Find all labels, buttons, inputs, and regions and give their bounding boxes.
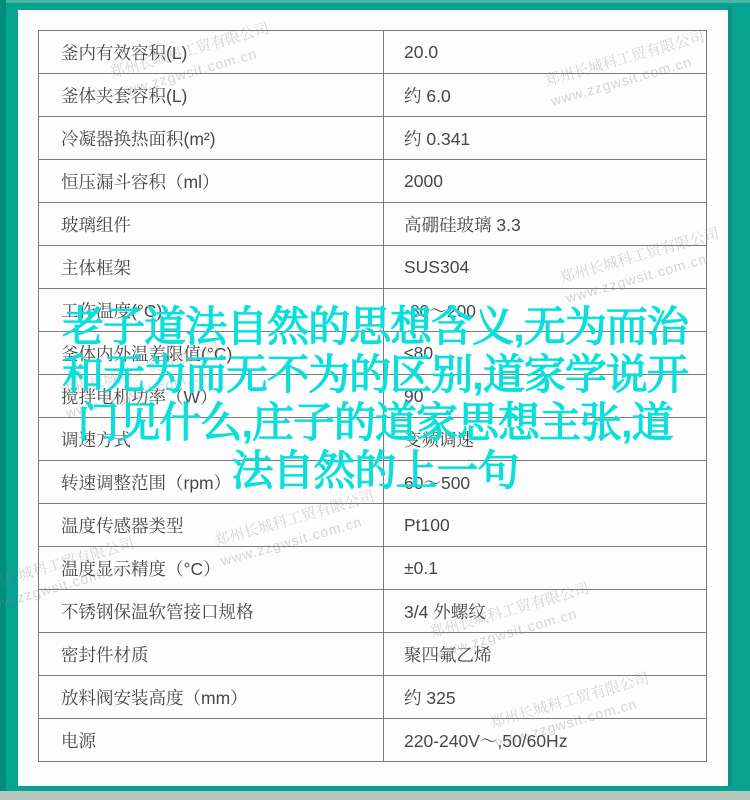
- spec-value: 约 325: [384, 676, 707, 719]
- spec-label: 调速方式: [39, 418, 384, 461]
- table-row: 温度显示精度（°C）±0.1: [39, 547, 707, 590]
- spec-value: 高硼硅玻璃 3.3: [384, 203, 707, 246]
- spec-label: 工作温度(°C): [39, 289, 384, 332]
- spec-label: 恒压漏斗容积（ml）: [39, 160, 384, 203]
- spec-value: 60～500: [384, 461, 707, 504]
- table-row: 搅拌电机功率（W）90: [39, 375, 707, 418]
- spec-label: 主体框架: [39, 246, 384, 289]
- table-row: 冷凝器换热面积(m²)约 0.341: [39, 117, 707, 160]
- top-edge-highlight: [0, 0, 750, 3]
- spec-value: ≤80: [384, 332, 707, 375]
- table-row: 玻璃组件高硼硅玻璃 3.3: [39, 203, 707, 246]
- spec-value: 220-240V～,50/60Hz: [384, 719, 707, 762]
- spec-label: 搅拌电机功率（W）: [39, 375, 384, 418]
- table-row: 工作温度(°C)-80～200: [39, 289, 707, 332]
- table-row: 转速调整范围（rpm）60～500: [39, 461, 707, 504]
- spec-label: 放料阀安装高度（mm）: [39, 676, 384, 719]
- right-edge-shade: [728, 6, 732, 786]
- spec-value: 约 0.341: [384, 117, 707, 160]
- left-edge-shade: [0, 0, 6, 800]
- table-row: 釜体内外温差限值(°C)≤80: [39, 332, 707, 375]
- spec-label: 转速调整范围（rpm）: [39, 461, 384, 504]
- spec-value: Pt100: [384, 504, 707, 547]
- spec-label: 玻璃组件: [39, 203, 384, 246]
- spec-label: 釜体夹套容积(L): [39, 74, 384, 117]
- spec-sheet-panel: 釜内有效容积(L)20.0 釜体夹套容积(L)约 6.0 冷凝器换热面积(m²)…: [18, 10, 728, 786]
- table-row: 放料阀安装高度（mm）约 325: [39, 676, 707, 719]
- spec-table: 釜内有效容积(L)20.0 釜体夹套容积(L)约 6.0 冷凝器换热面积(m²)…: [38, 30, 707, 762]
- spec-label: 釜内有效容积(L): [39, 31, 384, 74]
- table-row: 釜内有效容积(L)20.0: [39, 31, 707, 74]
- spec-value: 变频调速: [384, 418, 707, 461]
- spec-value: 3/4 外螺纹: [384, 590, 707, 633]
- spec-label: 不锈钢保温软管接口规格: [39, 590, 384, 633]
- table-row: 釜体夹套容积(L)约 6.0: [39, 74, 707, 117]
- bottom-edge-strip: [0, 791, 750, 800]
- spec-label: 冷凝器换热面积(m²): [39, 117, 384, 160]
- spec-value: 约 6.0: [384, 74, 707, 117]
- page: { "page": { "background_color": "#05a390…: [0, 0, 750, 800]
- table-row: 不锈钢保温软管接口规格3/4 外螺纹: [39, 590, 707, 633]
- spec-label: 温度传感器类型: [39, 504, 384, 547]
- spec-label: 温度显示精度（°C）: [39, 547, 384, 590]
- spec-label: 密封件材质: [39, 633, 384, 676]
- table-row: 密封件材质聚四氟乙烯: [39, 633, 707, 676]
- spec-value: SUS304: [384, 246, 707, 289]
- table-row: 电源220-240V～,50/60Hz: [39, 719, 707, 762]
- table-row: 主体框架SUS304: [39, 246, 707, 289]
- table-row: 调速方式变频调速: [39, 418, 707, 461]
- spec-label: 电源: [39, 719, 384, 762]
- spec-value: 聚四氟乙烯: [384, 633, 707, 676]
- spec-value: 2000: [384, 160, 707, 203]
- spec-label: 釜体内外温差限值(°C): [39, 332, 384, 375]
- spec-value: ±0.1: [384, 547, 707, 590]
- spec-value: 90: [384, 375, 707, 418]
- spec-value: -80～200: [384, 289, 707, 332]
- table-row: 温度传感器类型Pt100: [39, 504, 707, 547]
- spec-value: 20.0: [384, 31, 707, 74]
- table-row: 恒压漏斗容积（ml）2000: [39, 160, 707, 203]
